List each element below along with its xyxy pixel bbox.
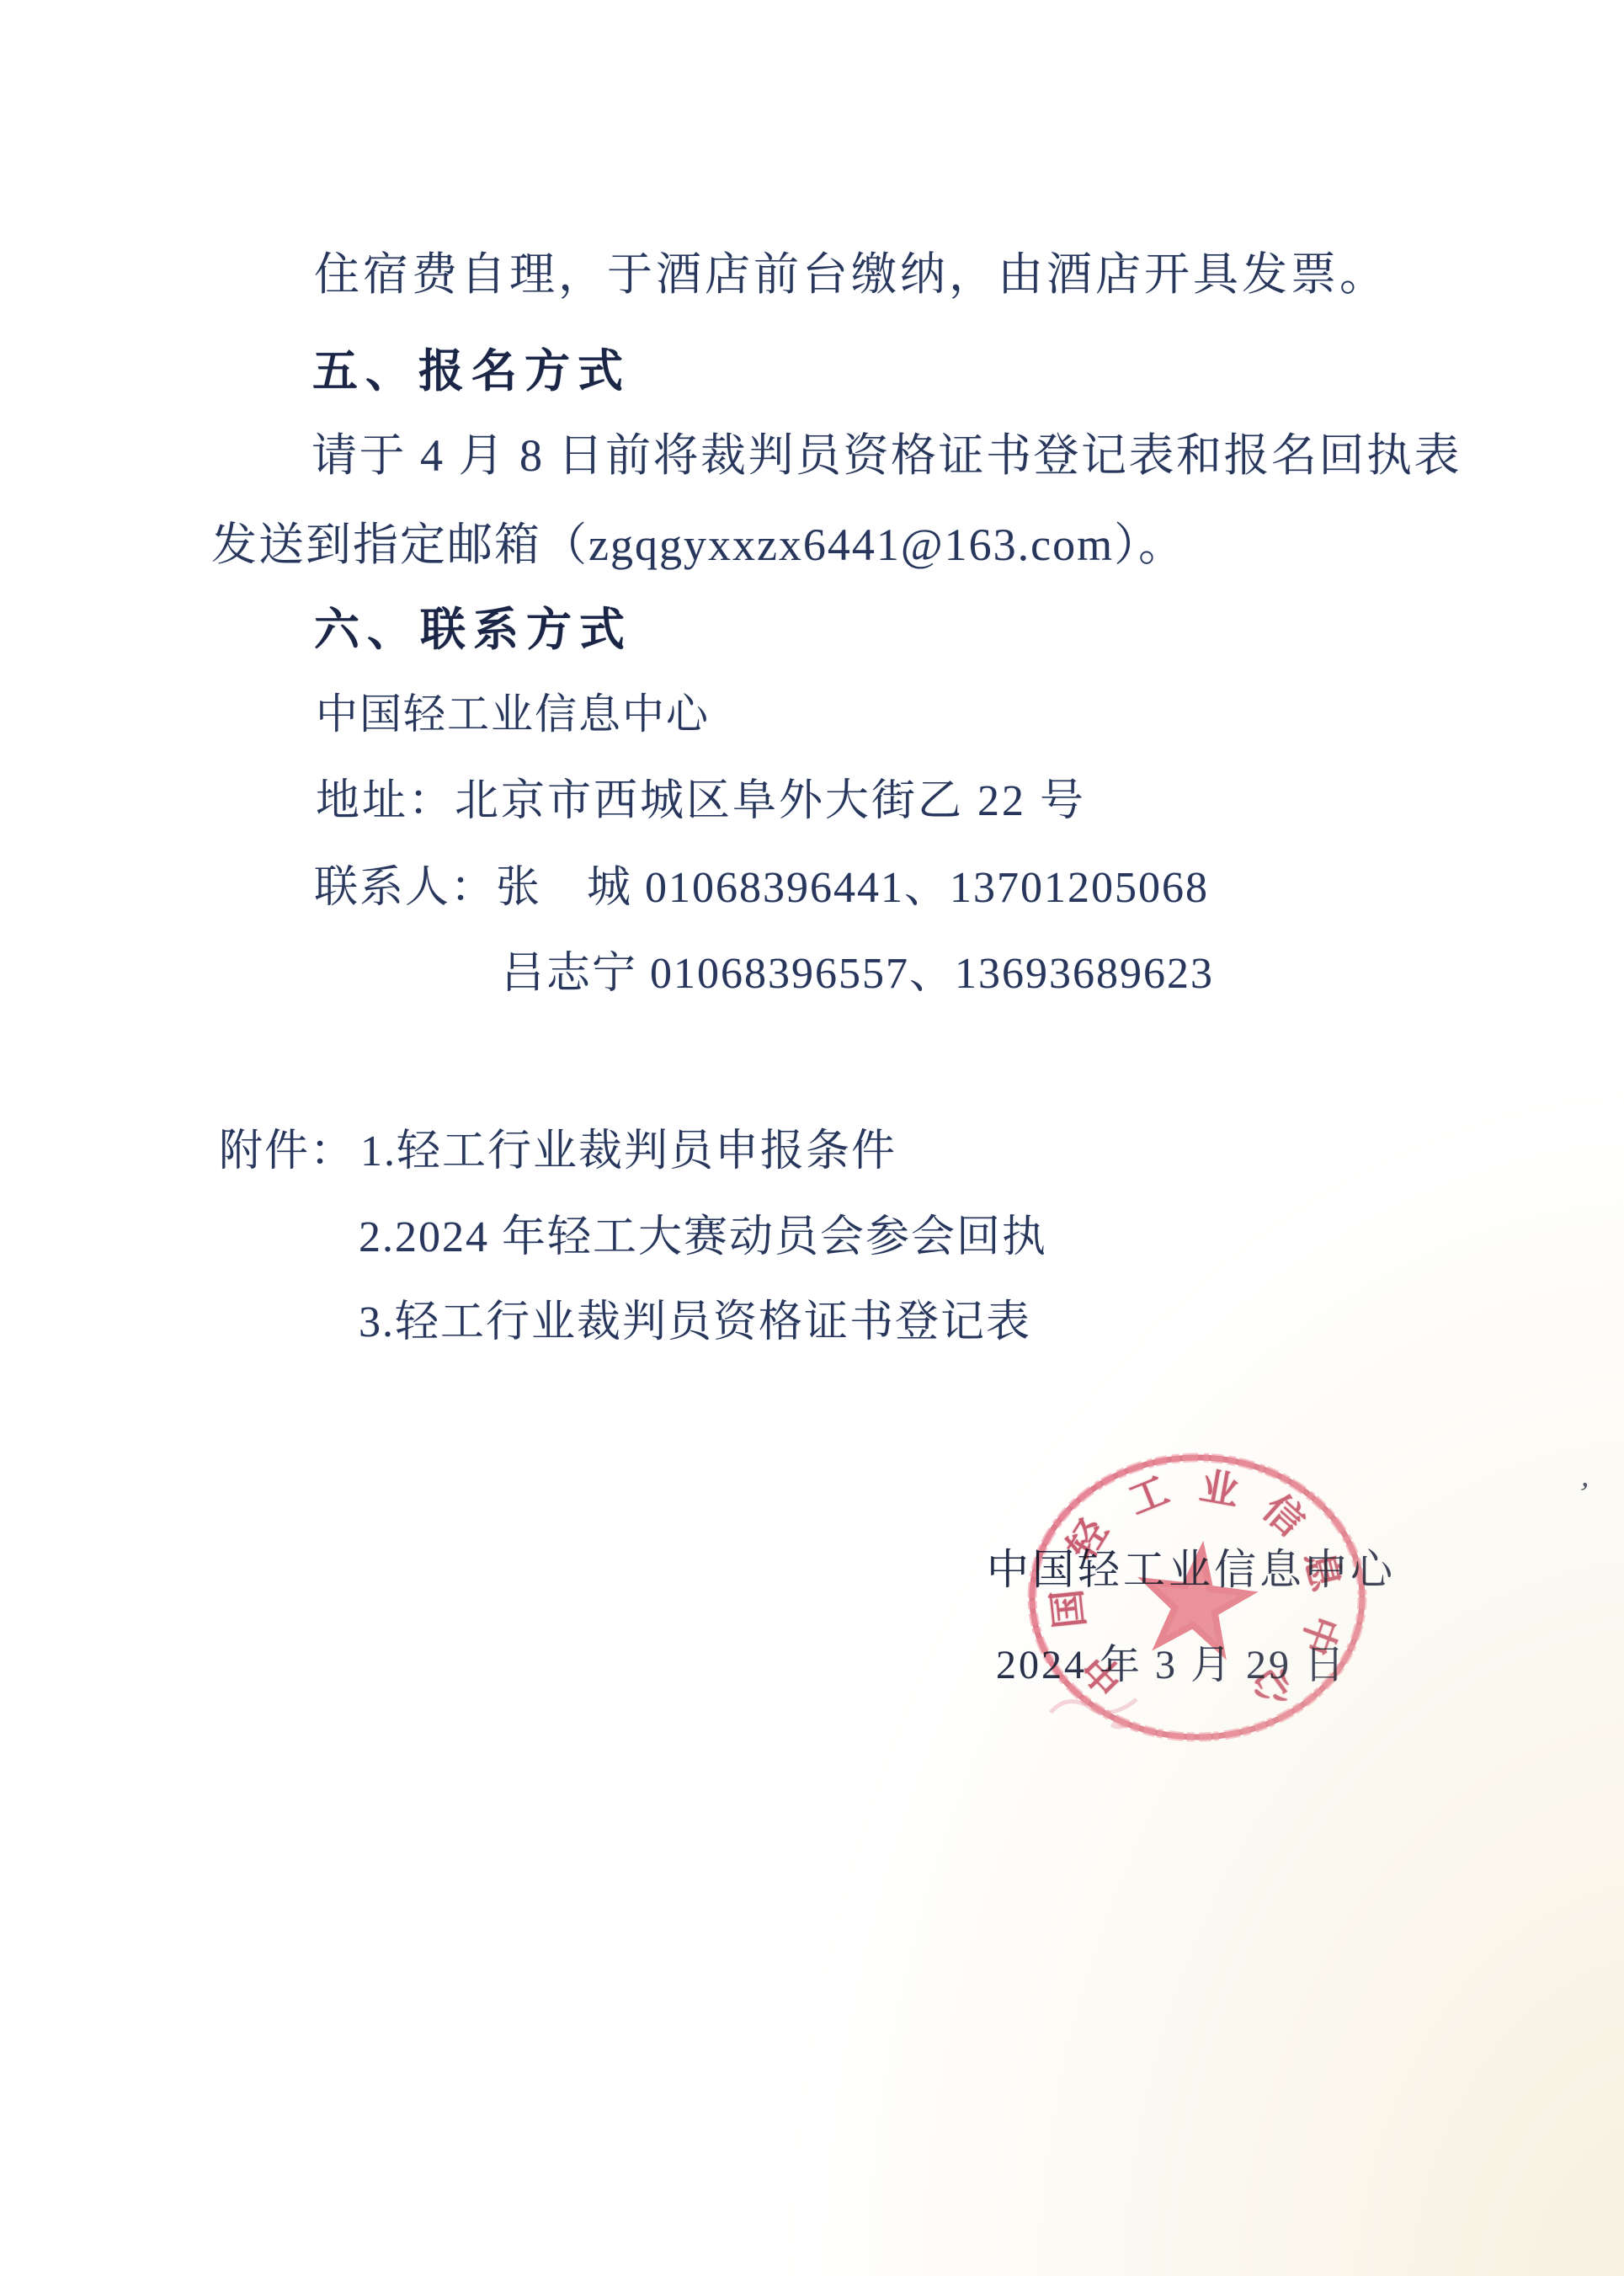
signature-date: 2024 年 3 月 29 日	[996, 1632, 1347, 1690]
attachment-item-3: 3.轻工行业裁判员资格证书登记表	[359, 1298, 1031, 1346]
signature-org: 中国轻工业信息中心	[987, 1536, 1396, 1596]
paragraph-hotel-fee: 住宿费自理，于酒店前台缴纳，由酒店开具发票。	[314, 238, 1388, 303]
heading-section-5: 五、报名方式	[312, 335, 631, 400]
stamp-ring-texture	[1032, 1458, 1362, 1737]
contact-line-2: 吕志宁 01068396557、13693689623	[501, 937, 1214, 1000]
attachment-row-1: 附件：1.轻工行业裁判员申报条件	[219, 1115, 897, 1178]
heading-section-6: 六、联系方式	[314, 594, 632, 658]
attachment-row-3: 3.轻工行业裁判员资格证书登记表	[359, 1286, 1031, 1349]
org-name-line: 中国轻工业信息中心	[316, 680, 710, 741]
paragraph-signup-line-2: 发送到指定邮箱（zgqgyxxzx6441@163.com）。	[211, 509, 1185, 573]
paragraph-signup-line-1: 请于 4 月 8 日前将裁判员资格证书登记表和报名回执表	[311, 419, 1462, 484]
document-page: 住宿费自理，于酒店前台缴纳，由酒店开具发票。 五、报名方式 请于 4 月 8 日…	[0, 0, 1624, 2276]
attachments-label: 附件：	[219, 1127, 355, 1175]
contact-line-1: 联系人：张 城 01068396441、13701205068	[314, 851, 1209, 914]
attachment-row-2: 2.2024 年轻工大赛动员会参会回执	[359, 1201, 1047, 1264]
stamp-ink-smudge	[1051, 1699, 1137, 1727]
stray-pen-mark: ’	[1574, 1474, 1593, 1513]
stamp-ring-outer	[1032, 1458, 1362, 1737]
stamp-ring-char: 业	[1196, 1456, 1244, 1517]
stamp-ring-char: 工	[1119, 1460, 1175, 1526]
address-line: 地址：北京市西城区阜外大街乙 22 号	[316, 765, 1086, 828]
attachment-item-1: 1.轻工行业裁判员申报条件	[360, 1127, 897, 1175]
attachment-item-2: 2.2024 年轻工大赛动员会参会回执	[359, 1213, 1047, 1261]
